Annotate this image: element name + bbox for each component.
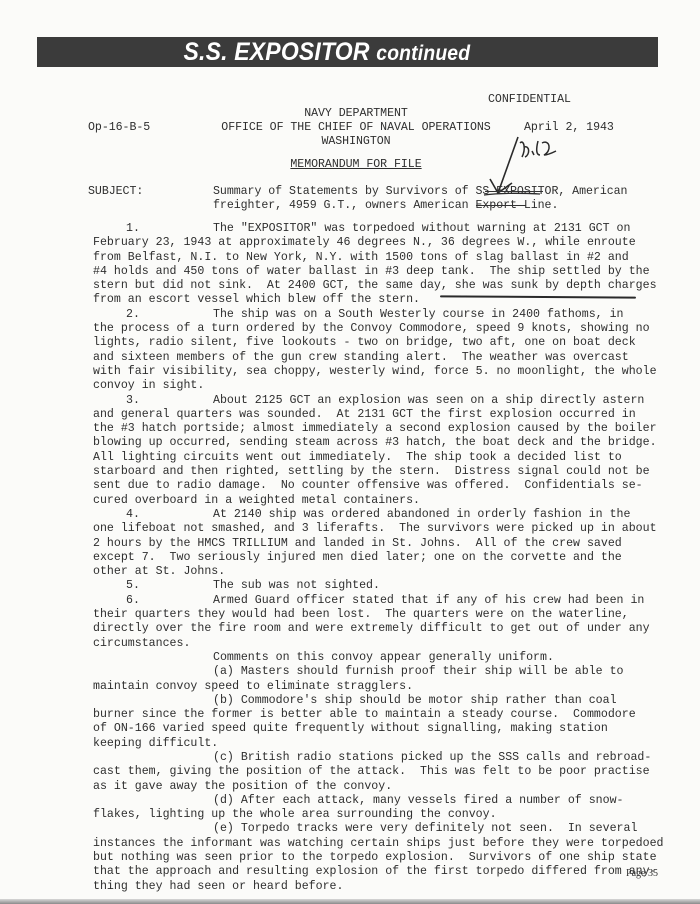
paragraph-1-line: stern but did not sink. At 2400 GCT, the…: [93, 279, 653, 293]
comment-item-line: thing they had seen or heard before.: [93, 880, 653, 894]
paragraph-3-line: the #3 hatch portside; almost immediatel…: [93, 422, 653, 436]
comment-item-line: maintain convoy speed to eliminate strag…: [93, 680, 653, 694]
paragraph-4-line: other at St. Johns.: [93, 565, 653, 579]
page-edge: [0, 899, 700, 904]
paragraph-4-first-line: 4.At 2140 ship was ordered abandoned in …: [93, 508, 653, 522]
comment-item-line: of ON-166 varied speed quite frequently …: [93, 722, 653, 736]
comment-item-first-line: (b) Commodore's ship should be motor shi…: [93, 694, 653, 708]
paragraph-number: 5.: [93, 579, 213, 593]
banner-subtitle: continued: [376, 42, 470, 65]
comments-intro: Comments on this convoy appear generally…: [93, 651, 653, 665]
paragraph-text: The ship was on a South Westerly course …: [213, 308, 624, 321]
paragraph-2-line: lights, radio silent, five lookouts - tw…: [93, 336, 653, 350]
paragraph-3-line: All lighting circuits went out immediate…: [93, 451, 653, 465]
comment-item-line: keeping difficult.: [93, 737, 653, 751]
paragraph-3-line: starboard and then righted, settling by …: [93, 465, 653, 479]
paragraph-6-line: circumstances.: [93, 637, 653, 651]
paragraph-4-line: except 7. Two seriously injured men died…: [93, 551, 653, 565]
subject-label: SUBJECT:: [88, 185, 143, 199]
banner-title: S.S. EXPOSITOR continued: [183, 38, 470, 67]
comment-item-first-line: (e) Torpedo tracks were very definitely …: [93, 822, 653, 836]
subject-line-1: Summary of Statements by Survivors of SS…: [213, 185, 627, 199]
comment-item-line: but nothing was seen prior to the torped…: [93, 851, 653, 865]
paragraph-3-line: sent due to radio damage. No counter off…: [93, 479, 653, 493]
paragraph-1-line: from Belfast, N.I. to New York, N.Y. wit…: [93, 251, 653, 265]
paragraph-3-line: cured overboard in a weighted metal cont…: [93, 494, 653, 508]
paragraph-1-line: February 23, 1943 at approximately 46 de…: [93, 236, 653, 250]
line-strike-mark: [476, 205, 526, 206]
page-number: Page 35: [626, 868, 658, 879]
comment-item-line: burner since the former is better able t…: [93, 708, 653, 722]
department-name: NAVY DEPARTMENT: [304, 107, 408, 121]
paragraph-4-line: 2 hours by the HMCS TRILLIUM and landed …: [93, 537, 653, 551]
paragraph-2-line: convoy in sight.: [93, 379, 653, 393]
paragraph-number: 6.: [93, 594, 213, 608]
comment-item-first-line: (d) After each attack, many vessels fire…: [93, 794, 653, 808]
comment-item-line: instances the informant was watching cer…: [93, 837, 653, 851]
comment-item-line: cast them, giving the position of the at…: [93, 765, 653, 779]
comment-item-line: as it gave away the position of the conv…: [93, 780, 653, 794]
office-location: WASHINGTON: [321, 135, 390, 149]
paragraph-text: About 2125 GCT an explosion was seen on …: [213, 394, 644, 407]
reference-code: Op-16-B-5: [88, 121, 150, 135]
ship-name-strike-mark: [485, 191, 543, 192]
paragraph-1-first-line: 1.The "EXPOSITOR" was torpedoed without …: [93, 222, 653, 236]
memo-title: MEMORANDUM FOR FILE: [290, 158, 421, 172]
paragraph-6-line: directly over the fire room and were ext…: [93, 622, 653, 636]
paragraph-text: The "EXPOSITOR" was torpedoed without wa…: [213, 222, 630, 235]
paragraph-1-line: #4 holds and 450 tons of water ballast i…: [93, 265, 653, 279]
paragraph-text: The sub was not sighted.: [213, 579, 380, 592]
paragraph-6-first-line: 6.Armed Guard officer stated that if any…: [93, 594, 653, 608]
paragraph-3-line: blowing up occurred, sending steam acros…: [93, 436, 653, 450]
paragraph-2-line: the process of a turn ordered by the Con…: [93, 322, 653, 336]
paragraph-2-line: with fair visibility, sea choppy, wester…: [93, 365, 653, 379]
section-banner: S.S. EXPOSITOR continued: [37, 37, 658, 67]
comment-item-line: that the approach and resulting explosio…: [93, 865, 653, 879]
paragraph-text: Armed Guard officer stated that if any o…: [213, 594, 644, 607]
classification-label: CONFIDENTIAL: [488, 93, 571, 107]
memo-body: 1.The "EXPOSITOR" was torpedoed without …: [93, 222, 653, 894]
comment-item-first-line: (c) British radio stations picked up the…: [93, 751, 653, 765]
paragraph-4-line: one lifeboat not smashed, and 3 liferaft…: [93, 522, 653, 536]
paragraph-number: 4.: [93, 508, 213, 522]
comment-item-line: flakes, lighting up the whole area surro…: [93, 808, 653, 822]
paragraph-number: 1.: [93, 222, 213, 236]
paragraph-2-first-line: 2.The ship was on a South Westerly cours…: [93, 308, 653, 322]
office-name: OFFICE OF THE CHIEF OF NAVAL OPERATIONS: [221, 121, 490, 135]
paragraph-number: 3.: [93, 394, 213, 408]
paragraph-6-line: their quarters they would had been lost.…: [93, 608, 653, 622]
memo-date: April 2, 1943: [524, 121, 614, 135]
paragraph-2-line: and sixteen members of the gun crew stan…: [93, 351, 653, 365]
paragraph-text: At 2140 ship was ordered abandoned in or…: [213, 508, 630, 521]
paragraph-5-first-line: 5.The sub was not sighted.: [93, 579, 653, 593]
paragraph-3-first-line: 3.About 2125 GCT an explosion was seen o…: [93, 394, 653, 408]
paragraph-3-line: and general quarters was sounded. At 213…: [93, 408, 653, 422]
paragraph-number: 2.: [93, 308, 213, 322]
comment-item-first-line: (a) Masters should furnish proof their s…: [93, 665, 653, 679]
